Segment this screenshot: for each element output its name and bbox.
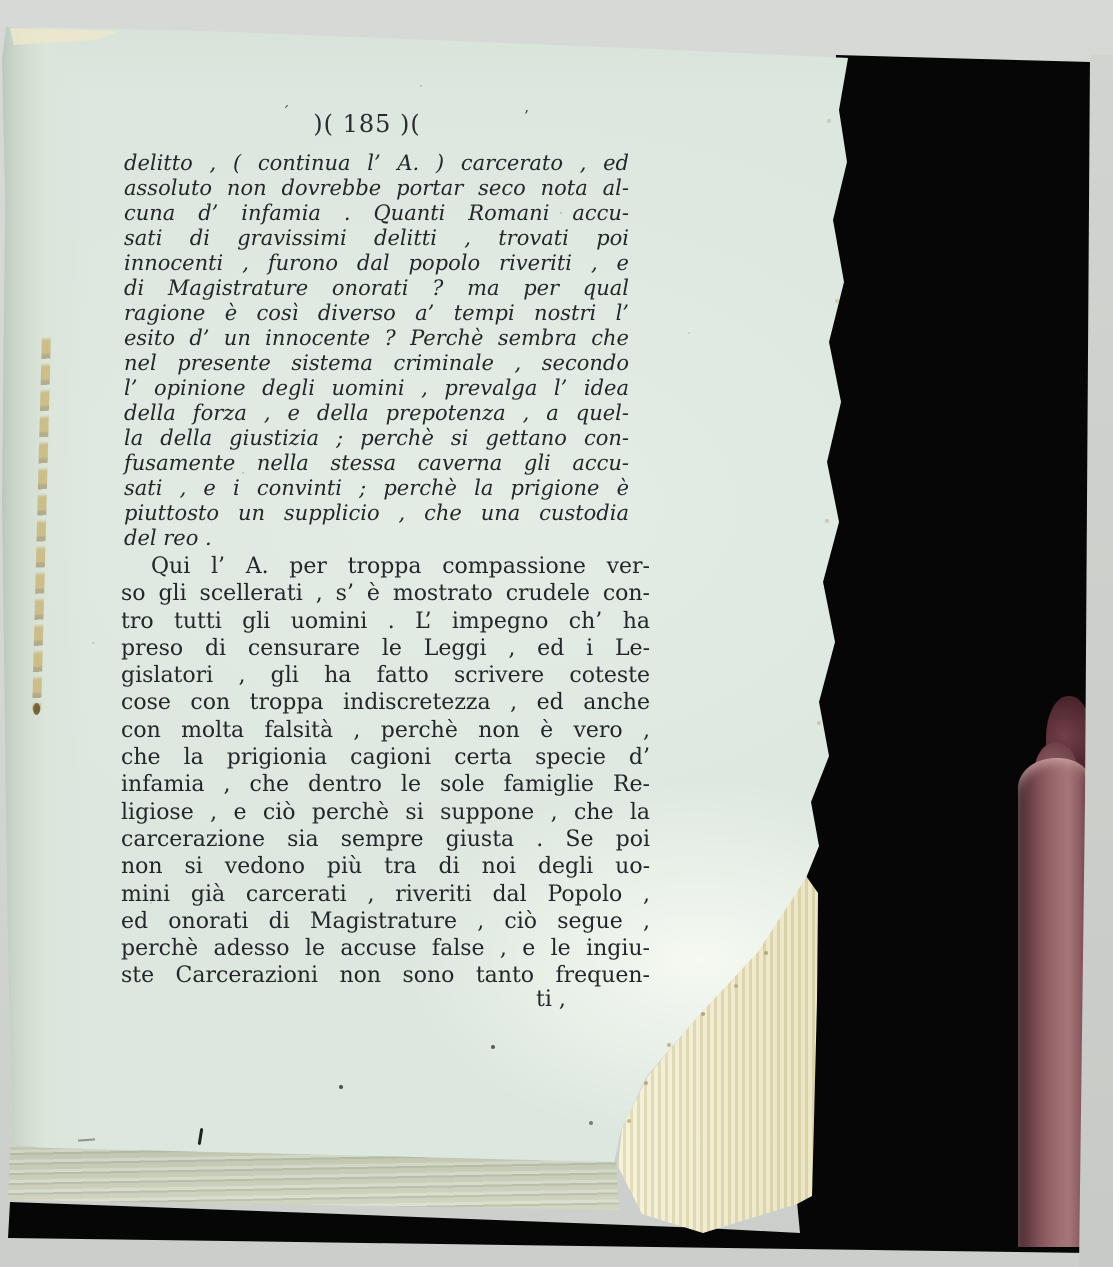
page-header: )( 185 )( [114,110,620,138]
text-line: so gli scellerati , s’ è mostrato crudel… [121,580,650,607]
text-line: infamia , che dentro le sole famiglie Re… [121,771,650,798]
text-line: ragione è così diverso a’ tempi nostri l… [124,301,629,326]
photo-frame: ´ )( 185 )( ’ delitto , ( continua l’ A.… [0,0,1113,1267]
text-line: piuttosto un supplicio , che una custodi… [124,501,629,526]
text-line: perchè adesso le accuse false , e le ing… [121,935,650,962]
text-line: della forza , e della prepotenza , a que… [124,401,629,426]
text-line: assoluto non dovrebbe portar seco nota a… [124,176,629,201]
text-line: l’ opinione degli uomini , prevalga l’ i… [124,376,629,401]
paper-speckles [0,0,2,2]
paragraph-italic: delitto , ( continua l’ A. ) carcerato ,… [124,151,629,551]
text-line: delitto , ( continua l’ A. ) carcerato ,… [124,151,629,176]
text-line: fusamente nella stessa caverna gli accu- [124,451,629,476]
text-line: sati di gravissimi delitti , trovati poi [124,226,629,251]
text-line: del reo . [124,526,629,551]
catchword: ti , [536,987,566,1012]
text-line: la della giustizia ; perchè si gettano c… [124,426,629,451]
pink-cylinder-object [1006,694,1092,1247]
text-line: ed onorati di Magistrature , ciò segue , [121,908,650,935]
text-line: non si vedono più tra di noi degli uo- [121,853,650,880]
text-line: di Magistrature onorati ? ma per qual [124,276,629,301]
text-line: ligiose , e ciò perchè si suppone , che … [121,799,650,826]
text-line: cuna d’ infamia . Quanti Romani accu- [124,201,629,226]
text-line: gislatori , gli ha fatto scrivere cotest… [121,662,650,689]
text-line: carcerazione sia sempre giusta . Se poi [121,826,650,853]
text-line: nel presente sistema criminale , secondo [124,351,629,376]
text-line: con molta falsità , perchè non è vero , [121,717,650,744]
text-line: ste Carcerazioni non sono tanto frequen- [121,962,650,989]
text-line: che la prigionia cagioni certa specie d’ [121,744,650,771]
text-line: mini già carcerati , riveriti dal Popolo… [121,881,650,908]
page-number: )( 185 )( [313,110,421,138]
text-line: cose con troppa indiscretezza , ed anche [121,689,650,716]
text-line: preso di censurare le Leggi , ed i Le- [121,635,650,662]
stray-mark-right: ’ [524,107,529,125]
text-line: esito d’ un innocente ? Perchè sembra ch… [124,326,629,351]
text-line: Qui l’ A. per troppa compassione ver- [121,553,650,580]
text-line: innocenti , furono dal popolo riveriti ,… [124,251,629,276]
text-line: sati , e i convinti ; perchè la prigione… [124,476,629,501]
text-line: tro tutti gli uomini . L’ impegno ch’ ha [121,608,650,635]
paragraph-roman: Qui l’ A. per troppa compassione ver-so … [121,553,650,990]
